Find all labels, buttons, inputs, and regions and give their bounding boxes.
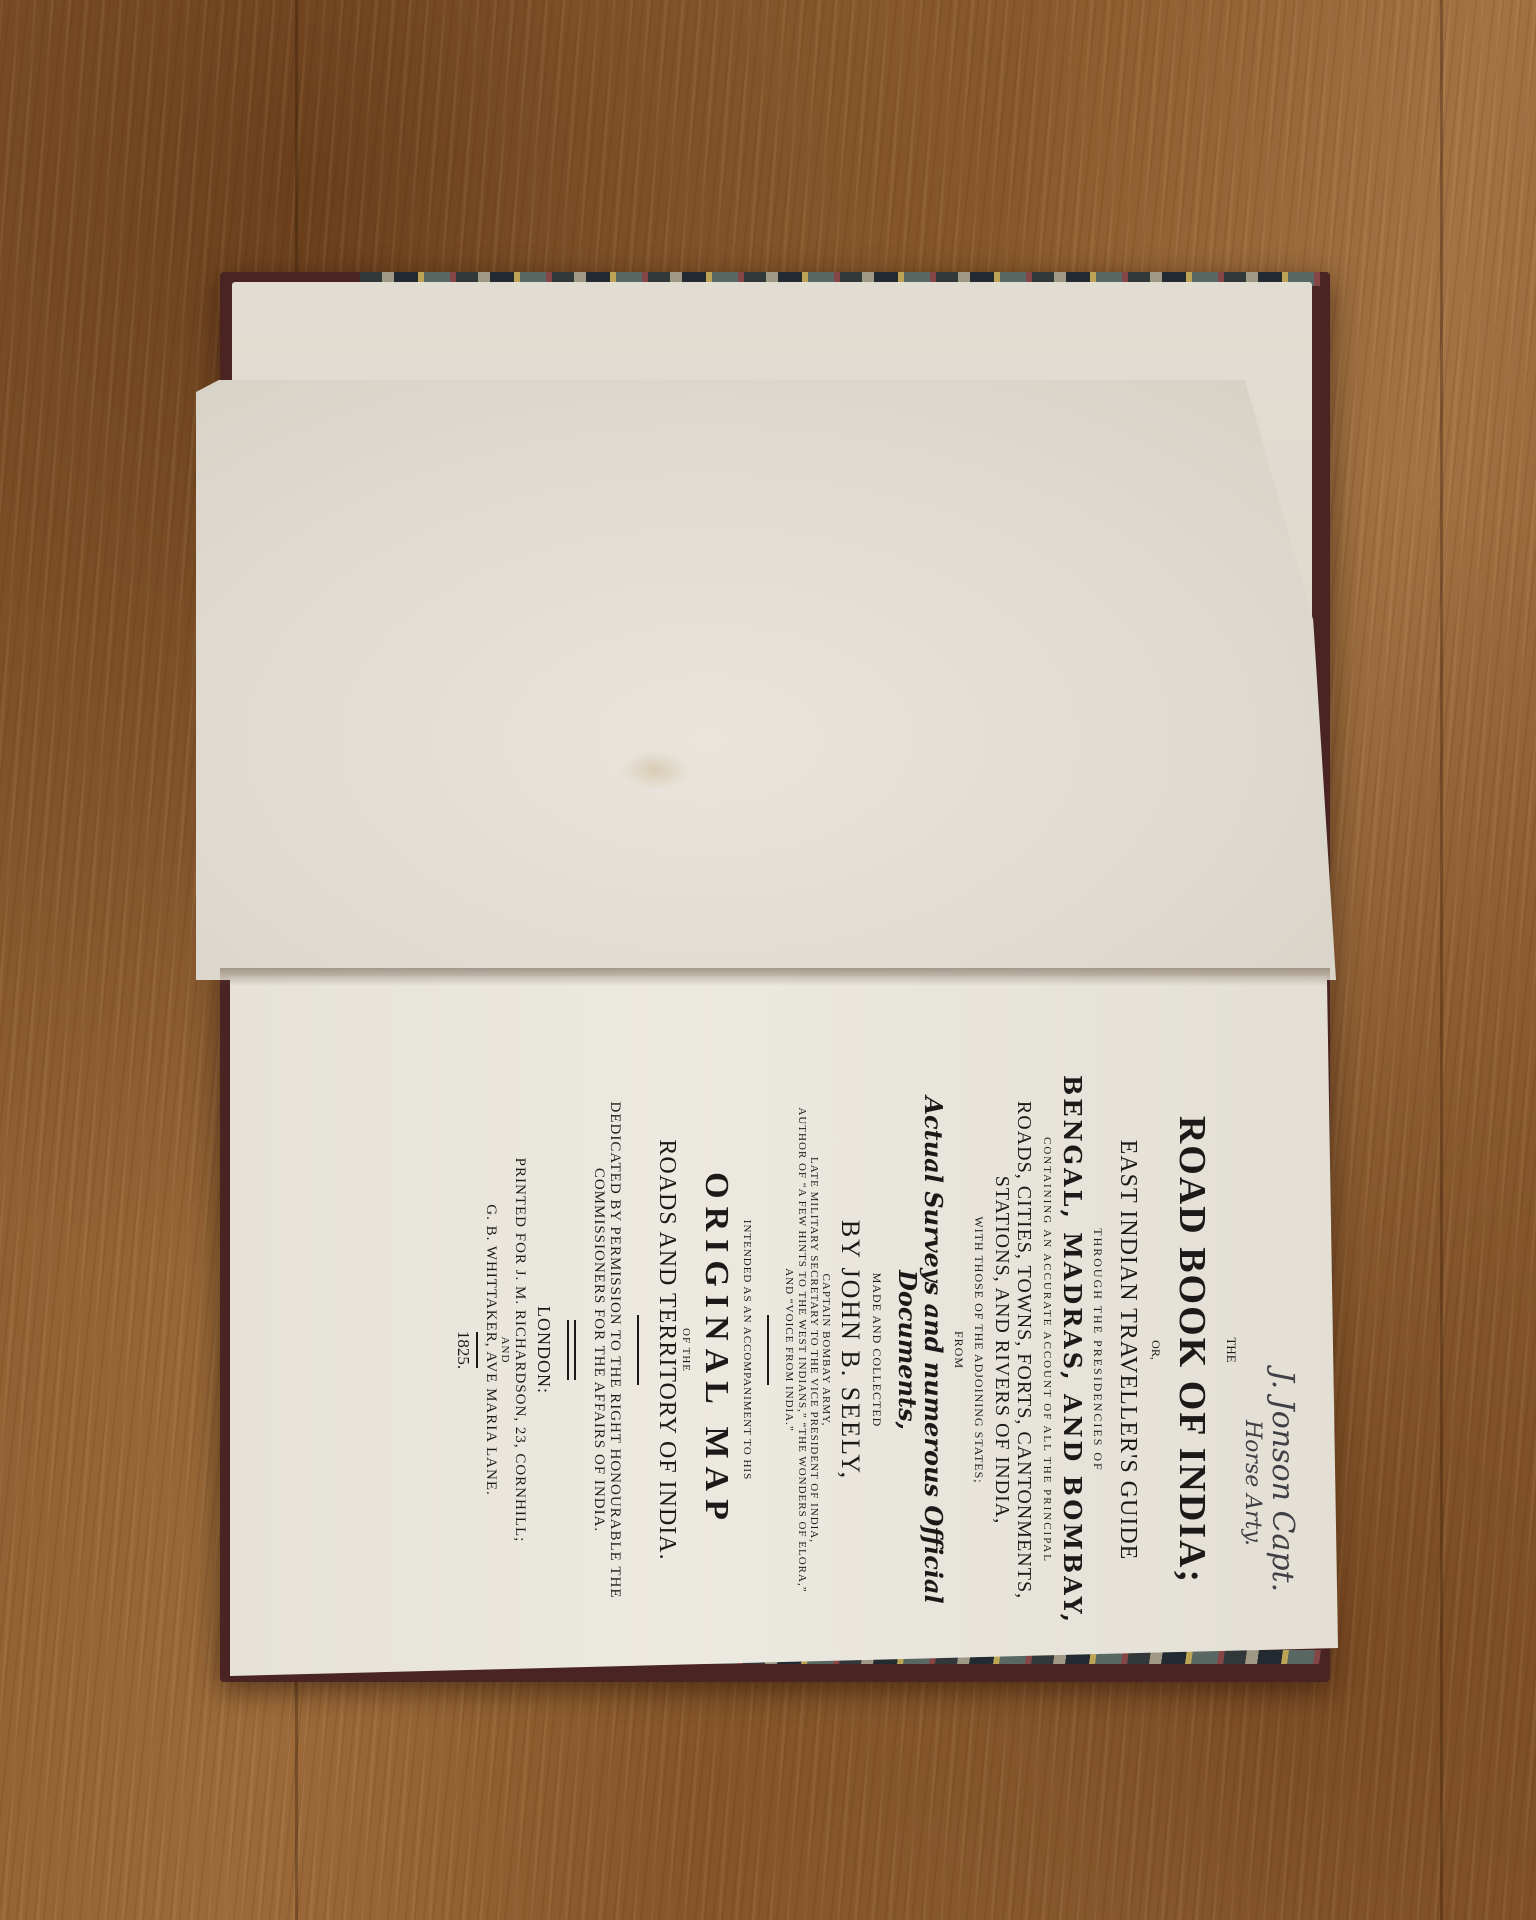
signature-line-2: Horse Arty. (1240, 1420, 1265, 1592)
adjoining-states-line: WITH THOSE OF THE ADJOINING STATES; (971, 1050, 984, 1650)
made-collected: MADE AND COLLECTED (870, 1050, 883, 1650)
author-rank: CAPTAIN BOMBAY ARMY, (820, 1050, 832, 1650)
dedication-line-2: COMMISSIONERS FOR THE AFFAIRS OF INDIA. (590, 1050, 607, 1650)
author-post: LATE MILITARY SECRETARY TO THE VICE PRES… (808, 1050, 820, 1650)
author-name: BY JOHN B. SEELY, (836, 1050, 865, 1650)
author-works-2: AND “VOICE FROM INDIA.” (783, 1050, 795, 1650)
presidencies: BENGAL, MADRAS, AND BOMBAY, (1059, 1050, 1085, 1650)
gutter-shadow (220, 968, 1330, 986)
divider-rule (637, 1315, 639, 1385)
printer-line-2: G. B. WHITTAKER, AVE MARIA LANE. (482, 1050, 499, 1650)
publication-year: 1825. (454, 1050, 473, 1650)
containing-line: CONTAINING AN ACCURATE ACCOUNT OF ALL TH… (1041, 1050, 1053, 1650)
foxing-stain (620, 750, 690, 790)
of-the-line: OF THE (680, 1050, 692, 1650)
title-page-text: THE ROAD BOOK OF INDIA; OR, EAST INDIAN … (138, 1050, 1238, 1650)
map-title: ORIGINAL MAP (698, 1050, 735, 1650)
author-works-1: AUTHOR OF “A FEW HINTS TO THE WEST INDIA… (795, 1050, 807, 1650)
dedication-line-1: DEDICATED BY PERMISSION TO THE RIGHT HON… (607, 1050, 624, 1650)
table-plank-seam (1440, 0, 1443, 1920)
intended-line: INTENDED AS AN ACCOMPANIMENT TO HIS (741, 1050, 753, 1650)
main-title: ROAD BOOK OF INDIA; (1170, 1050, 1212, 1650)
title-or: OR, (1149, 1050, 1162, 1650)
subtitle: EAST INDIAN TRAVELLER'S GUIDE (1114, 1050, 1140, 1650)
imprint-city: LONDON: (534, 1050, 554, 1650)
printer-line-1: PRINTED FOR J. M. RICHARDSON, 23, CORNHI… (511, 1050, 528, 1650)
presidencies-intro: THROUGH THE PRESIDENCIES OF (1091, 1050, 1104, 1650)
short-rule (476, 1332, 478, 1368)
handwritten-signature: J. Jonson Capt. Horse Arty. (1240, 1370, 1300, 1592)
divider-rule (767, 1315, 769, 1385)
from-line: FROM (952, 1050, 965, 1650)
contents-list-line-1: ROADS, CITIES, TOWNS, FORTS, CANTONMENTS… (1013, 1050, 1035, 1650)
signature-line-1: J. Jonson Capt. (1265, 1370, 1300, 1592)
map-subject: ROADS AND TERRITORY OF INDIA. (653, 1050, 679, 1650)
sources-blackletter: Actual Surveys and numerous Official Doc… (894, 1050, 947, 1650)
printer-and: AND (499, 1050, 511, 1650)
folded-blank-page[interactable] (196, 380, 1336, 980)
title-article: THE (1224, 1050, 1238, 1650)
double-divider-rule (567, 1320, 576, 1380)
contents-list-line-2: STATIONS, AND RIVERS OF INDIA, (991, 1050, 1013, 1650)
